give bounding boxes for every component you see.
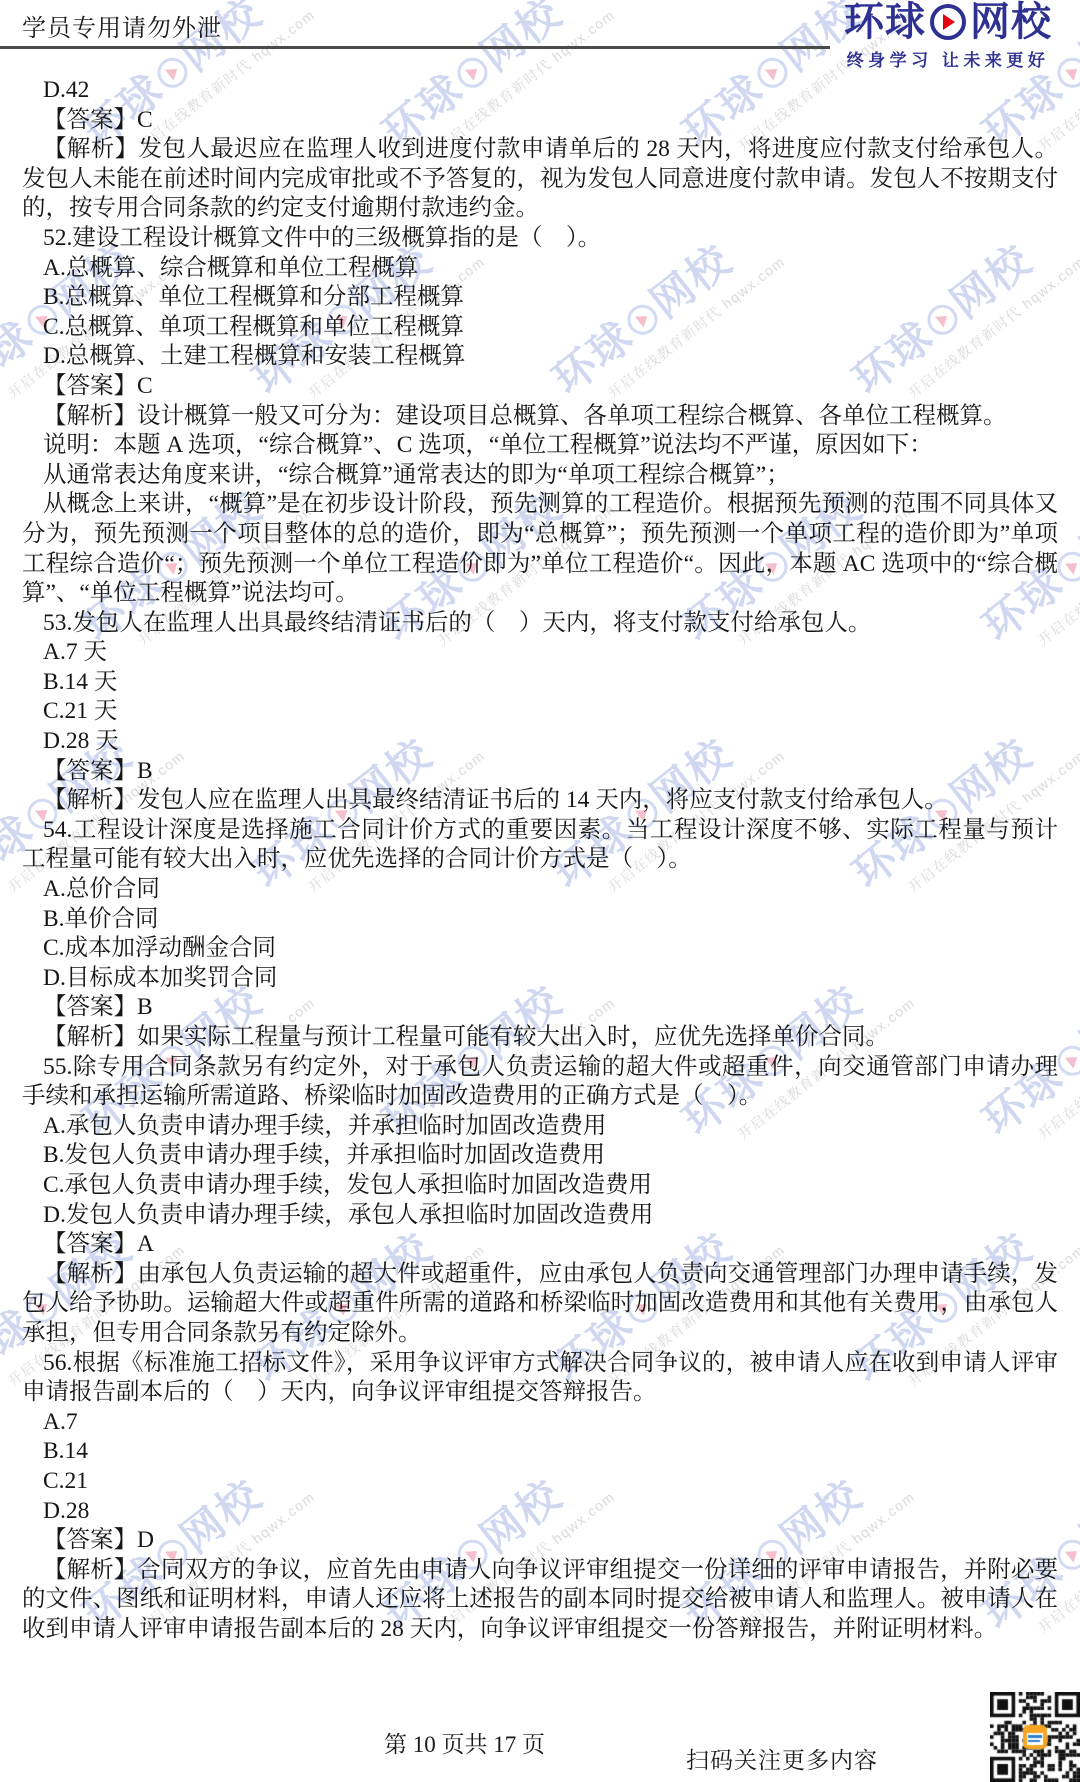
option-paragraph: A.7 天 — [22, 638, 1058, 668]
option-paragraph: C.21 天 — [22, 697, 1058, 727]
brand-logo-text: 环球 网校 — [844, 2, 1052, 42]
option-paragraph: A.7 — [22, 1408, 1058, 1438]
note-paragraph: 说明：本题 A 选项，“综合概算”、C 选项，“单位工程概算”说法均不严谨，原因… — [22, 431, 1058, 461]
option-paragraph: A.总概算、综合概算和单位工程概算 — [22, 254, 1058, 284]
brand-right-text: 网校 — [970, 2, 1052, 42]
explanation-paragraph: 【解析】合同双方的争议，应首先由申请人向争议评审组提交一份详细的评审申请报告，并… — [22, 1556, 1058, 1645]
option-paragraph: B.发包人负责申请办理手续，并承担临时加固改造费用 — [22, 1141, 1058, 1171]
option-paragraph: C.21 — [22, 1467, 1058, 1497]
answer-paragraph: 【答案】C — [22, 372, 1058, 402]
option-paragraph: C.成本加浮动酬金合同 — [22, 934, 1058, 964]
qr-caption: 扫码关注更多内容 — [686, 1742, 878, 1775]
option-paragraph: D.总概算、土建工程概算和安装工程概算 — [22, 342, 1058, 372]
answer-paragraph: 【答案】C — [22, 106, 1058, 136]
document-body: D.42【答案】C【解析】发包人最迟应在监理人收到进度付款申请单后的 28 天内… — [22, 76, 1058, 1644]
question-paragraph: 56.根据《标准施工招标文件》，采用争议评审方式解决合同争议的，被申请人应在收到… — [22, 1349, 1058, 1408]
option-paragraph: C.总概算、单项工程概算和单位工程概算 — [22, 313, 1058, 343]
play-icon — [930, 4, 966, 40]
option-paragraph: D.28 — [22, 1497, 1058, 1527]
option-paragraph: B.14 天 — [22, 668, 1058, 698]
option-paragraph: A.总价合同 — [22, 875, 1058, 905]
explanation-paragraph: 【解析】由承包人负责运输的超大件或超重件，应由承包人负责向交通管理部门办理申请手… — [22, 1260, 1058, 1349]
note-paragraph: 从概念上来讲，“概算”是在初步设计阶段，预先测算的工程造价。根据预先预测的范围不… — [22, 490, 1058, 608]
document-page: 学员专用请勿外泄 环球 网校 终身学习 让未来更好 环球网校开启在线教育新时代 … — [0, 0, 1080, 1782]
option-paragraph: C.承包人负责申请办理手续，发包人承担临时加固改造费用 — [22, 1171, 1058, 1201]
qr-code — [990, 1692, 1080, 1782]
option-paragraph: A.承包人负责申请办理手续，并承担临时加固改造费用 — [22, 1112, 1058, 1142]
brand-left-text: 环球 — [844, 2, 926, 42]
answer-paragraph: 【答案】B — [22, 993, 1058, 1023]
answer-paragraph: 【答案】B — [22, 757, 1058, 787]
question-paragraph: 54.工程设计深度是选择施工合同计价方式的重要因素。当工程设计深度不够、实际工程… — [22, 816, 1058, 875]
explanation-paragraph: 【解析】设计概算一般又可分为：建设项目总概算、各单项工程综合概算、各单位工程概算… — [22, 402, 1058, 432]
page-indicator: 第 10 页共 17 页 — [384, 1726, 545, 1759]
option-paragraph: B.14 — [22, 1437, 1058, 1467]
answer-paragraph: 【答案】A — [22, 1230, 1058, 1260]
option-paragraph: D.发包人负责申请办理手续，承包人承担临时加固改造费用 — [22, 1201, 1058, 1231]
explanation-paragraph: 【解析】发包人应在监理人出具最终结清证书后的 14 天内，将应支付款支付给承包人… — [22, 786, 1058, 816]
option-paragraph: B.单价合同 — [22, 905, 1058, 935]
option-paragraph: D.28 天 — [22, 727, 1058, 757]
option-paragraph: D.42 — [22, 76, 1058, 106]
explanation-paragraph: 【解析】如果实际工程量与预计工程量可能有较大出入时，应优先选择单价合同。 — [22, 1023, 1058, 1053]
explanation-paragraph: 【解析】发包人最迟应在监理人收到进度付款申请单后的 28 天内，将进度应付款支付… — [22, 135, 1058, 224]
option-paragraph: D.目标成本加奖罚合同 — [22, 964, 1058, 994]
note-paragraph: 从通常表达角度来讲，“综合概算”通常表达的即为“单项工程综合概算”； — [22, 461, 1058, 491]
brand-tagline: 终身学习 让未来更好 — [847, 46, 1050, 71]
confidential-note: 学员专用请勿外泄 — [22, 8, 222, 43]
question-paragraph: 53.发包人在监理人出具最终结清证书后的（ ）天内，将支付款支付给承包人。 — [22, 609, 1058, 639]
answer-paragraph: 【答案】D — [22, 1526, 1058, 1556]
brand-logo: 环球 网校 终身学习 让未来更好 — [822, 2, 1074, 71]
question-paragraph: 55.除专用合同条款另有约定外，对于承包人负责运输的超大件或超重件，向交通管部门… — [22, 1053, 1058, 1112]
header-divider — [0, 46, 830, 49]
question-paragraph: 52.建设工程设计概算文件中的三级概算指的是（ ）。 — [22, 224, 1058, 254]
option-paragraph: B.总概算、单位工程概算和分部工程概算 — [22, 283, 1058, 313]
